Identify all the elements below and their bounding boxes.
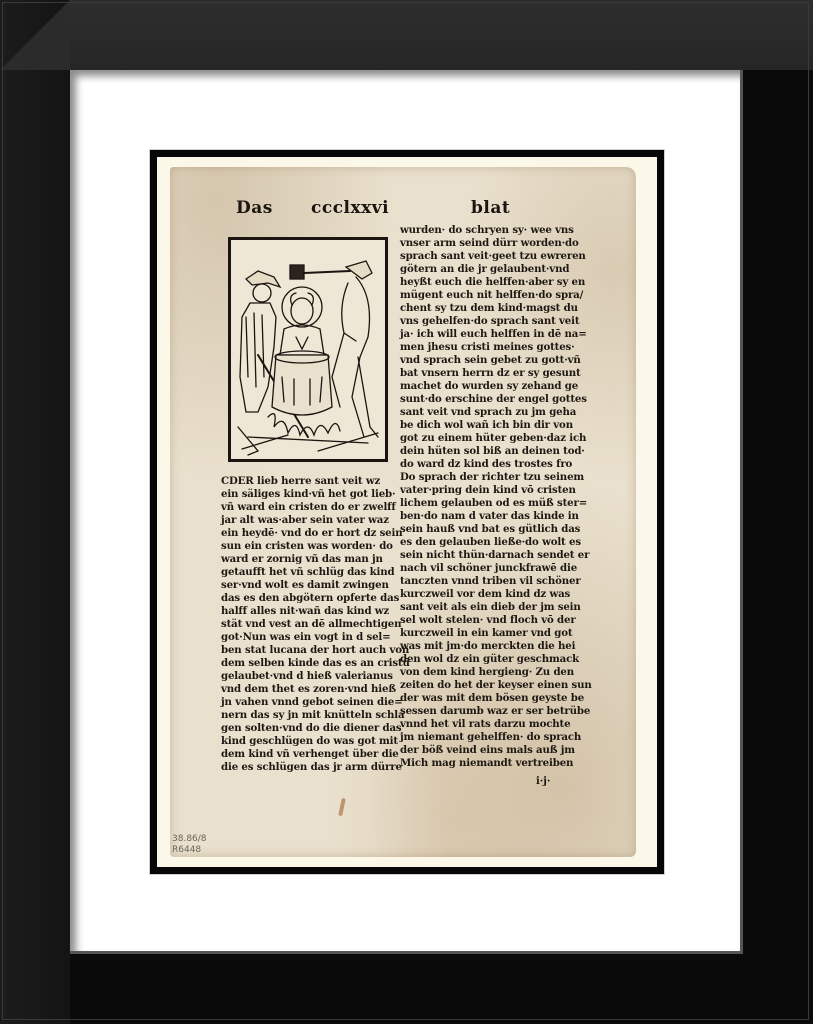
text-line: sessen darumb waz er ser betrübe — [400, 705, 570, 718]
page-header-left: Das — [236, 198, 273, 218]
text-line: vnnd het vil rats darzu mochte — [400, 718, 570, 731]
text-line: got zu einem hüter geben·daz ich — [400, 432, 570, 445]
text-line: der böß veind eins mals auß jm — [400, 744, 570, 757]
text-line: nern das sy jn mit knütteln schla — [221, 709, 391, 722]
text-line: vñ ward ein cristen do er zwelff — [221, 501, 391, 514]
text-line: dein hüten sol biß an deinen tod· — [400, 445, 570, 458]
text-line: vnser arm seind dürr worden·do — [400, 237, 570, 250]
signature-mark: i·j· — [536, 776, 550, 787]
text-line: von dem kind hergieng· Zu den — [400, 666, 570, 679]
text-line: kind geschlügen do was got mit — [221, 735, 391, 748]
text-line: sun ein cristen was worden· do — [221, 540, 391, 553]
catalog-number: R6448 — [172, 845, 207, 856]
text-line: vnd sprach sein gebet zu gott·vñ — [400, 354, 570, 367]
text-column-right: wurden· do schryen sy· wee vns vnser arm… — [400, 224, 570, 770]
text-line: ward er zornig vñ das man jn — [221, 553, 391, 566]
text-line: dem selben kinde das es an cristū — [221, 657, 391, 670]
text-line: Mich mag niemandt vertreiben — [400, 757, 570, 770]
text-line: gelaubet·vnd d hieß valerianus — [221, 670, 391, 683]
text-line: wurden· do schryen sy· wee vns — [400, 224, 570, 237]
pencil-annotation: 38.86/8 R6448 — [172, 834, 207, 856]
text-line: heyßt euch die helffen·aber sy en — [400, 276, 570, 289]
text-line: Do sprach der richter tzu seinem — [400, 471, 570, 484]
text-line: mügent euch nit helffen·do spra/ — [400, 289, 570, 302]
text-line: vns gehelfen·do sprach sant veit — [400, 315, 570, 328]
text-line: jm niemant gehelffen· do sprach — [400, 731, 570, 744]
text-line: zeiten do het der keyser einen sun — [400, 679, 570, 692]
text-line: chent sy tzu dem kind·magst du — [400, 302, 570, 315]
text-line: ein heydē· vnd do er hort dz sein — [221, 527, 391, 540]
text-line: götern an die jr gelaubent·vnd — [400, 263, 570, 276]
text-line: ser·vnd wolt es damit zwingen — [221, 579, 391, 592]
page-header-right: blat — [471, 198, 510, 218]
text-line: es den gelauben ließe·do wolt es — [400, 536, 570, 549]
text-line: den wol dz ein güter geschmack — [400, 653, 570, 666]
text-line: vater·pring dein kind vō cristen — [400, 484, 570, 497]
text-column-left: CDER lieb herre sant veit wz ein säliges… — [221, 475, 391, 774]
text-line: was mit jm·do merckten die hei — [400, 640, 570, 653]
folio-number: ccclxxvi — [311, 198, 389, 218]
text-line: men jhesu cristi meines gottes· — [400, 341, 570, 354]
text-line: machet do wurden sy zehand ge — [400, 380, 570, 393]
text-line: gen solten·vnd do die diener das — [221, 722, 391, 735]
text-line: das es den abgötern opferte das — [221, 592, 391, 605]
woodcut-illustration — [228, 237, 388, 462]
text-line: kurczweil vor dem kind dz was — [400, 588, 570, 601]
text-line: jar alt was·aber sein vater waz — [221, 514, 391, 527]
text-line: ein säliges kind·vñ het got lieb· — [221, 488, 391, 501]
text-line: getaufft het vñ schlüg das kind — [221, 566, 391, 579]
text-line: sant veit als ein dieb der jm sein — [400, 601, 570, 614]
text-line: halff alles nit·wañ das kind wz — [221, 605, 391, 618]
text-line: dem kind vñ verhenget über die — [221, 748, 391, 761]
text-line: sprach sant veit·geet tzu ewreren — [400, 250, 570, 263]
text-line: be dich wol wañ ich bin dir von — [400, 419, 570, 432]
text-line: nach vil schöner junckfrawē die — [400, 562, 570, 575]
text-line: got·Nun was ein vogt in d sel= — [221, 631, 391, 644]
text-line: stät vnd vest an dē allmechtigen — [221, 618, 391, 631]
accession-number: 38.86/8 — [172, 834, 207, 845]
text-line: sunt·do erschine der engel gottes — [400, 393, 570, 406]
text-line: lichem gelauben od es müß ster= — [400, 497, 570, 510]
text-line: sein hauß vnd bat es gütlich das — [400, 523, 570, 536]
text-line: der was mit dem bösen geyste be — [400, 692, 570, 705]
text-line: sein nicht thün·darnach sendet er — [400, 549, 570, 562]
text-line: vnd dem thet es zoren·vnd hieß — [221, 683, 391, 696]
text-line: CDER lieb herre sant veit wz — [221, 475, 391, 488]
text-line: sant veit vnd sprach zu jm geha — [400, 406, 570, 419]
text-line: bat vnsern herrn dz er sy gesunt — [400, 367, 570, 380]
text-line: sel wolt stelen· vnd floch vō der — [400, 614, 570, 627]
text-line: tanczten vnnd triben vil schöner — [400, 575, 570, 588]
text-line: ben·do nam d vater das kinde in — [400, 510, 570, 523]
text-line: jn vahen vnnd gebot seinen die= — [221, 696, 391, 709]
text-line: die es schlügen das jr arm dürre — [221, 761, 391, 774]
text-line: do ward dz kind des trostes fro — [400, 458, 570, 471]
text-line: ben stat lucana der hort auch von — [221, 644, 391, 657]
text-line: ja· ich will euch helffen in dē na= — [400, 328, 570, 341]
text-line: kurczweil in ein kamer vnd got — [400, 627, 570, 640]
